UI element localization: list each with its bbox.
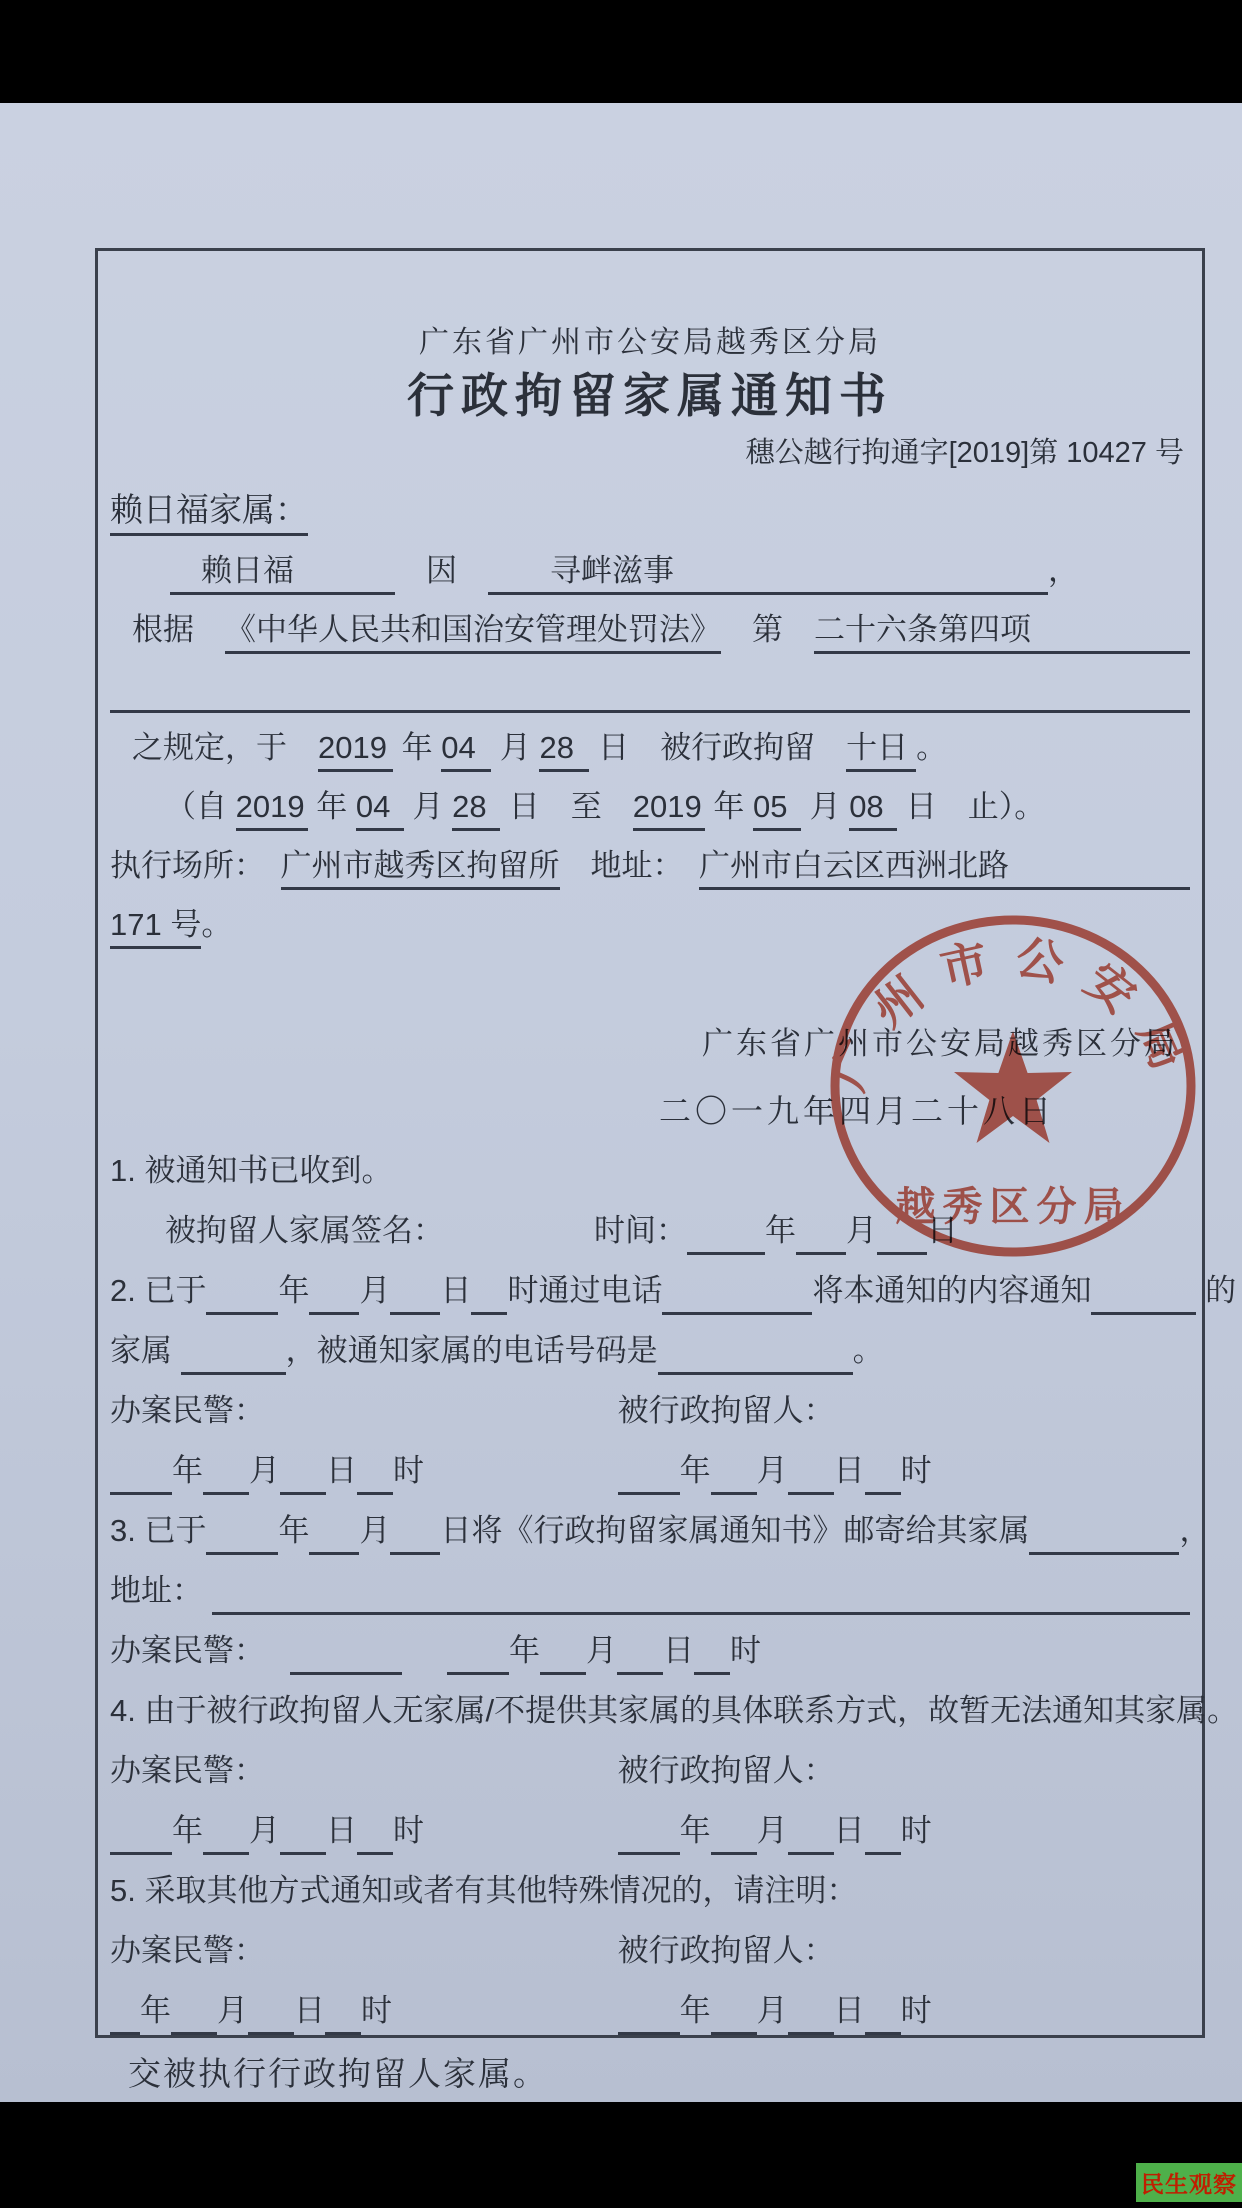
- officer-dates-row: 年月日时年月日时: [110, 1975, 1190, 2035]
- text-segment: 十日: [846, 729, 916, 772]
- text-segment: 2019: [633, 788, 705, 831]
- text-segment: 时: [361, 1992, 392, 2035]
- text-segment: [110, 589, 170, 595]
- text-segment: 日: [663, 1632, 694, 1675]
- blank-fill-field: [618, 2029, 680, 2035]
- text-segment: 年: [705, 788, 753, 831]
- form-column: 年月日时: [618, 1992, 1190, 2035]
- text-segment: 月: [586, 1632, 617, 1675]
- text-segment: 日: [927, 1212, 958, 1255]
- text-segment: 年: [680, 1992, 711, 2035]
- blank-fill-field: [110, 1849, 172, 1855]
- text-segment: 日: [294, 1992, 325, 2035]
- text-segment: 日 被行政拘留: [589, 729, 846, 772]
- form-body: 赖日福家属： 赖日福 因 寻衅滋事，根据 《中华人民共和国治安管理处罚法》 第 …: [110, 477, 1190, 2035]
- blank-fill-field: [280, 1489, 326, 1495]
- blank-fill-field: [711, 1849, 757, 1855]
- text-segment: 广州市越秀区拘留所: [281, 847, 560, 890]
- blank-fill-field: [711, 1489, 757, 1495]
- text-segment: 月: [757, 1452, 788, 1495]
- blank-fill-field: [662, 1309, 812, 1315]
- text-segment: 月: [404, 788, 452, 831]
- blank-fill-field: [618, 1849, 680, 1855]
- text-segment: ，: [1048, 552, 1079, 595]
- blank-fill-field: [206, 1309, 278, 1315]
- text-segment: 4. 由于被行政拘留人无家属/不提供其家属的具体联系方式，故暂无法通知其家属。: [110, 1692, 1238, 1735]
- text-segment: 日 止）。: [897, 788, 1045, 831]
- text-segment: 被行政拘留人：: [618, 1392, 835, 1435]
- text-segment: 月: [757, 1992, 788, 2035]
- blank-fill-field: [357, 1489, 393, 1495]
- blank-fill-field: [471, 1309, 507, 1315]
- blank-fill-field: [796, 1249, 846, 1255]
- blank-fill-field: [658, 1369, 853, 1375]
- text-segment: 。: [916, 729, 947, 772]
- text-segment: [110, 1249, 165, 1255]
- blank-fill-field: [248, 2029, 294, 2035]
- text-segment: 时: [901, 1812, 932, 1855]
- addressee-line: 赖日福家属：: [110, 477, 1190, 536]
- text-segment: 日: [440, 1272, 471, 1315]
- text-segment: 月: [359, 1272, 390, 1315]
- watermark-badge: 民生观察: [1136, 2163, 1242, 2202]
- blank-fill-field: [171, 2029, 217, 2035]
- section-1-title: 1. 被通知书已收到。: [110, 1136, 1190, 1195]
- detention-period-line: （自 2019 年 04 月 28 日 至 2019 年 05 月 08 日 止…: [110, 772, 1190, 831]
- form-column: 年月日时: [618, 1812, 1190, 1855]
- text-segment: 根据: [132, 611, 225, 654]
- issue-date-line: 二〇一九年四月二十八日: [110, 1068, 1190, 1136]
- text-segment: 将本通知的内容通知: [812, 1272, 1091, 1315]
- blank-fill-field: [309, 1549, 359, 1555]
- text-segment: 日: [834, 1452, 865, 1495]
- blank-fill-field: [203, 1849, 249, 1855]
- text-segment: 年: [680, 1452, 711, 1495]
- text-segment: 04: [356, 788, 404, 831]
- text-segment: [402, 1669, 447, 1675]
- notice-form-box: 广东省广州市公安局越秀区分局 行政拘留家属通知书 穗公越行拘通字[2019]第 …: [95, 248, 1205, 2038]
- text-segment: 日: [326, 1812, 357, 1855]
- text-segment: 办案民警：: [110, 1752, 265, 1795]
- blank-fill-field: [110, 707, 1190, 713]
- text-segment: [110, 825, 165, 831]
- blank-fill-field: [206, 1549, 278, 1555]
- text-segment: 年: [680, 1812, 711, 1855]
- text-segment: 年: [278, 1272, 309, 1315]
- blank-fill-field: [617, 1669, 663, 1675]
- text-segment: 年: [765, 1212, 796, 1255]
- blank-fill-field: [788, 1849, 834, 1855]
- text-segment: 日将《行政拘留家属通知书》邮寄给其家属: [440, 1512, 1029, 1555]
- form-column: 办案民警：: [110, 1932, 618, 1975]
- text-segment: ，: [1179, 1512, 1210, 1555]
- text-segment: （自: [165, 788, 236, 831]
- section-3-line-1: 3. 已于年月日将《行政拘留家属通知书》邮寄给其家属，: [110, 1495, 1190, 1555]
- document-number: 穗公越行拘通字[2019]第 10427 号: [110, 421, 1190, 471]
- form-column: 年月日时: [110, 1812, 618, 1855]
- text-segment: 月: [249, 1452, 280, 1495]
- officer-dates-row: 年月日时年月日时: [110, 1795, 1190, 1855]
- text-segment: 办案民警：: [110, 1932, 265, 1975]
- text-segment: 年: [172, 1812, 203, 1855]
- section-2-line-1: 2. 已于年月日时通过电话将本通知的内容通知 的: [110, 1255, 1190, 1315]
- form-column: 被行政拘留人：: [618, 1932, 1190, 1975]
- blank-fill-field: [1029, 1549, 1179, 1555]
- text-segment: 时: [393, 1452, 424, 1495]
- text-segment: 2019: [236, 788, 308, 831]
- text-segment: 日 至: [500, 788, 633, 831]
- text-segment: 年: [278, 1512, 309, 1555]
- text-segment: 月: [757, 1812, 788, 1855]
- text-segment: [444, 1249, 594, 1255]
- blank-fill-field: [865, 1849, 901, 1855]
- text-segment: 因: [395, 552, 488, 595]
- form-column: 年月日时: [618, 1452, 1190, 1495]
- text-segment: 年: [393, 729, 441, 772]
- section-5-title: 5. 采取其他方式通知或者有其他特殊情况的，请注明：: [110, 1855, 1190, 1915]
- form-column: 年月日时: [110, 1452, 618, 1495]
- blank-fill-field: [390, 1309, 440, 1315]
- blank-fill-field: [694, 1669, 730, 1675]
- text-segment: 5. 采取其他方式通知或者有其他特殊情况的，请注明：: [110, 1872, 857, 1915]
- text-segment: 时: [730, 1632, 761, 1675]
- text-segment: 时间：: [594, 1212, 687, 1255]
- text-segment: 28: [452, 788, 500, 831]
- detention-decision-line: 之规定，于 2019 年 04 月 28 日 被行政拘留 十日。: [110, 713, 1190, 772]
- issuing-authority-line: 广东省广州市公安局越秀区分局: [110, 1009, 1190, 1068]
- text-segment: 广东省广州市公安局越秀区分局: [702, 1025, 1178, 1068]
- text-segment: 执行场所：: [110, 847, 281, 890]
- text-segment: 。: [201, 906, 232, 949]
- text-segment: 月: [359, 1512, 390, 1555]
- text-segment: 1. 被通知书已收到。: [110, 1152, 392, 1195]
- text-segment: 年: [509, 1632, 540, 1675]
- text-segment: 08: [849, 788, 897, 831]
- blank-fill-field: [540, 1669, 586, 1675]
- text-segment: 04: [441, 729, 491, 772]
- text-segment: 日: [326, 1452, 357, 1495]
- blank-fill-field: [181, 1369, 286, 1375]
- text-segment: 时通过电话: [507, 1272, 662, 1315]
- text-segment: 年: [308, 788, 356, 831]
- form-column: 年月日时: [110, 1992, 618, 2035]
- text-segment: 二十六条第四项: [814, 611, 1190, 654]
- text-segment: 第: [721, 611, 814, 654]
- text-segment: 月: [249, 1812, 280, 1855]
- text-segment: 日: [834, 1992, 865, 2035]
- text-segment: 月: [491, 729, 539, 772]
- form-column: 被行政拘留人：: [618, 1752, 1190, 1795]
- document-photo: 广东省广州市公安局越秀区分局 行政拘留家属通知书 穗公越行拘通字[2019]第 …: [0, 103, 1242, 2102]
- blank-fill-field: [309, 1309, 359, 1315]
- issuing-org-header: 广东省广州市公安局越秀区分局: [110, 317, 1190, 359]
- text-segment: 寻衅滋事: [488, 552, 1048, 595]
- text-segment: 月: [801, 788, 849, 831]
- blank-fill-field: [280, 1849, 326, 1855]
- blank-fill-field: [1091, 1309, 1196, 1315]
- blank-fill-field: [325, 2029, 361, 2035]
- blank-fill-field: [865, 2029, 901, 2035]
- text-segment: 赖日福: [170, 552, 395, 595]
- document-title: 行政拘留家属通知书: [110, 359, 1190, 421]
- text-segment: 办案民警：: [110, 1632, 265, 1675]
- text-segment: 05: [753, 788, 801, 831]
- text-segment: [110, 766, 132, 772]
- text-segment: 2019: [318, 729, 393, 772]
- blank-fill-field: [357, 1849, 393, 1855]
- officer-labels-row: 办案民警：被行政拘留人：: [110, 1735, 1190, 1795]
- text-segment: 年: [140, 1992, 171, 2035]
- text-segment: 时: [901, 1452, 932, 1495]
- text-segment: 。: [853, 1332, 884, 1375]
- text-segment: 的: [1196, 1272, 1236, 1315]
- text-segment: 家属: [110, 1332, 181, 1375]
- footer-note: 交被执行行政拘留人家属。: [128, 2048, 548, 2095]
- text-segment: 3. 已于: [110, 1512, 206, 1555]
- text-segment: 二〇一九年四月二十八日: [659, 1092, 1055, 1136]
- blank-fill-field: [390, 1549, 440, 1555]
- text-segment: 被行政拘留人：: [618, 1752, 835, 1795]
- text-segment: 《中华人民共和国治安管理处罚法》: [225, 611, 721, 654]
- text-segment: 地址：: [110, 1572, 212, 1615]
- execution-place-line-2: 171 号。: [110, 890, 1190, 949]
- blank-continuation-line: [110, 654, 1190, 713]
- section-3-officer-line: 办案民警：年月日时: [110, 1615, 1190, 1675]
- blank-fill-field: [788, 2029, 834, 2035]
- blank-fill-field: [290, 1669, 402, 1675]
- text-segment: 之规定，于: [132, 729, 318, 772]
- text-segment: 月: [217, 1992, 248, 2035]
- text-segment: 时: [393, 1812, 424, 1855]
- text-segment: 被拘留人家属签名：: [165, 1212, 444, 1255]
- execution-place-line: 执行场所： 广州市越秀区拘留所 地址： 广州市白云区西洲北路: [110, 831, 1190, 890]
- text-segment: [110, 648, 132, 654]
- blank-fill-field: [110, 2029, 140, 2035]
- text-segment: 办案民警：: [110, 1392, 265, 1435]
- blank-fill-field: [877, 1249, 927, 1255]
- section-3-address-line: 地址：: [110, 1555, 1190, 1615]
- officer-dates-row: 年月日时年月日时: [110, 1435, 1190, 1495]
- text-segment: 地址：: [560, 847, 700, 890]
- text-segment: 28: [539, 729, 589, 772]
- section-1-signature-line: 被拘留人家属签名：时间：年月日: [110, 1195, 1190, 1255]
- text-segment: 月: [846, 1212, 877, 1255]
- blank-fill-field: [687, 1249, 765, 1255]
- text-segment: ，被通知家属的电话号码是: [286, 1332, 658, 1375]
- text-segment: 时: [901, 1992, 932, 2035]
- detainee-reason-line: 赖日福 因 寻衅滋事，: [110, 536, 1190, 595]
- blank-fill-field: [618, 1489, 680, 1495]
- blank-fill-field: [203, 1489, 249, 1495]
- text-segment: 广州市白云区西洲北路: [699, 847, 1190, 890]
- text-segment: 赖日福家属：: [110, 490, 308, 536]
- text-segment: 被行政拘留人：: [618, 1932, 835, 1975]
- blank-fill-field: [447, 1669, 509, 1675]
- section-4-title: 4. 由于被行政拘留人无家属/不提供其家属的具体联系方式，故暂无法通知其家属。: [110, 1675, 1190, 1735]
- officer-labels-row: 办案民警：被行政拘留人：: [110, 1915, 1190, 1975]
- blank-fill-field: [865, 1489, 901, 1495]
- text-segment: 年: [172, 1452, 203, 1495]
- section-2-line-2: 家属 ，被通知家属的电话号码是。: [110, 1315, 1190, 1375]
- text-segment: 2. 已于: [110, 1272, 206, 1315]
- blank-fill-field: [110, 1489, 172, 1495]
- form-column: 办案民警：: [110, 1752, 618, 1795]
- blank-fill-field: [711, 2029, 757, 2035]
- blank-fill-field: [212, 1609, 1190, 1615]
- screenshot-root: { "colors": { "frame": "#000000", "paper…: [0, 0, 1242, 2208]
- legal-basis-line: 根据 《中华人民共和国治安管理处罚法》 第 二十六条第四项: [110, 595, 1190, 654]
- form-column: 被行政拘留人：: [618, 1392, 1190, 1435]
- text-segment: 日: [834, 1812, 865, 1855]
- text-segment: [265, 1669, 290, 1675]
- blank-fill-field: [788, 1489, 834, 1495]
- text-segment: 171 号: [110, 906, 201, 949]
- form-column: 办案民警：: [110, 1392, 618, 1435]
- officer-labels-row: 办案民警：被行政拘留人：: [110, 1375, 1190, 1435]
